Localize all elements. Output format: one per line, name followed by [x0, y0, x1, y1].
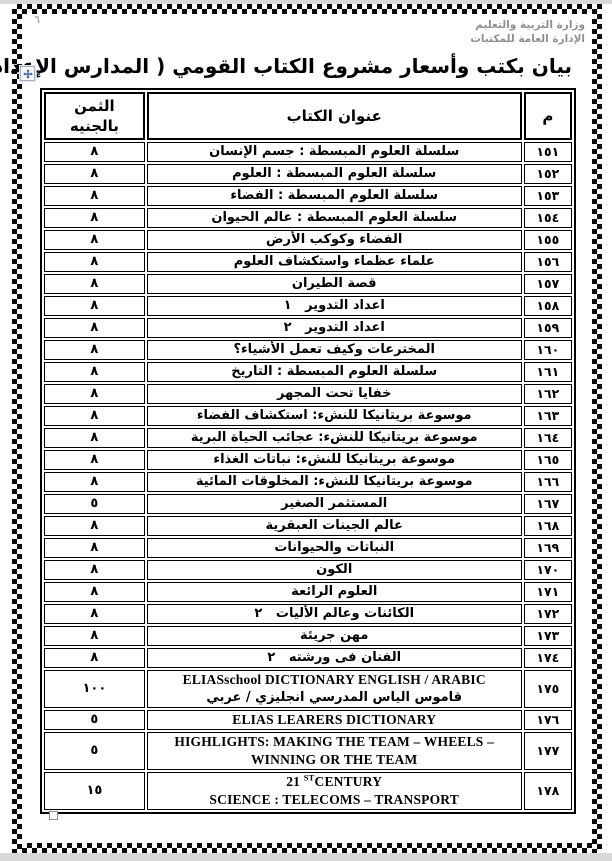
table-row: ١٦٧المستثمر الصغير٥: [44, 494, 572, 514]
table-row: ١٥٨اعداد التدوير ١٨: [44, 296, 572, 316]
row-price: ٨: [44, 428, 145, 448]
table-row: ١٦٣موسوعة بريتانيكا للنشء: استكشاف الفضا…: [44, 406, 572, 426]
header-number: م: [524, 92, 572, 140]
row-book-title: النباتات والحيوانات: [147, 538, 522, 558]
book-title-line: اعداد التدوير ١: [151, 297, 518, 315]
table-row: ١٦١سلسلة العلوم المبسطة : التاريخ٨: [44, 362, 572, 382]
table-row: ١٥٩اعداد التدوير ٢٨: [44, 318, 572, 338]
table-row: ١٧٨21 STCENTURYSCIENCE : TELECOMS – TRAN…: [44, 772, 572, 810]
book-title-line: سلسلة العلوم المبسطة : جسم الإنسان: [151, 143, 518, 161]
table-row: ١٧٧HIGHLIGHTS: MAKING THE TEAM – WHEELS …: [44, 732, 572, 770]
row-number: ١٥٩: [524, 318, 572, 338]
book-title-line: HIGHLIGHTS: MAKING THE TEAM – WHEELS –: [151, 733, 518, 751]
row-book-title: سلسلة العلوم المبسطة : الفضاء: [147, 186, 522, 206]
row-book-title: موسوعة بريتانيكا للنشء: نباتات الغذاء: [147, 450, 522, 470]
row-book-title: ELIASschool DICTIONARY ENGLISH / ARABICق…: [147, 670, 522, 708]
book-title-line: سلسلة العلوم المبسطة : العلوم: [151, 165, 518, 183]
row-price: ٥: [44, 710, 145, 730]
row-price: ٨: [44, 648, 145, 668]
row-number: ١٦٢: [524, 384, 572, 404]
outside-margin-bottom: [0, 853, 612, 861]
table-row: ١٥٧قصة الطيران٨: [44, 274, 572, 294]
row-price: ٨: [44, 296, 145, 316]
row-price: ٨: [44, 626, 145, 646]
row-book-title: سلسلة العلوم المبسطة : عالم الحيوان: [147, 208, 522, 228]
table-row: ١٦٩النباتات والحيوانات٨: [44, 538, 572, 558]
row-book-title: الفضاء وكوكب الأرض: [147, 230, 522, 250]
book-title-line: موسوعة بريتانيكا للنشء: استكشاف الفضاء: [151, 407, 518, 425]
book-title-line: موسوعة بريتانيكا للنشء: نباتات الغذاء: [151, 451, 518, 469]
book-title-line: قصة الطيران: [151, 275, 518, 293]
row-number: ١٧٣: [524, 626, 572, 646]
row-book-title: الفنان فى ورشته ٢: [147, 648, 522, 668]
document-title: بيان بكتب وأسعار مشروع الكتاب القومي ( ا…: [37, 54, 572, 78]
row-number: ١٦٦: [524, 472, 572, 492]
table-move-handle-icon[interactable]: [20, 66, 35, 81]
row-price: ٨: [44, 582, 145, 602]
row-number: ١٥٤: [524, 208, 572, 228]
row-number: ١٦٧: [524, 494, 572, 514]
row-price: ٨: [44, 384, 145, 404]
row-price: ٨: [44, 538, 145, 558]
row-number: ١٦٩: [524, 538, 572, 558]
row-book-title: موسوعة بريتانيكا للنشء: استكشاف الفضاء: [147, 406, 522, 426]
book-title-line: اعداد التدوير ٢: [151, 319, 518, 337]
row-book-title: سلسلة العلوم المبسطة : جسم الإنسان: [147, 142, 522, 162]
row-price: ٨: [44, 450, 145, 470]
table-row: ١٧٠الكون٨: [44, 560, 572, 580]
table-row: ١٥٦علماء عظماء واستكشاف العلوم٨: [44, 252, 572, 272]
table-row: ١٦٤موسوعة بريتانيكا للنشء: عجائب الحياة …: [44, 428, 572, 448]
row-price: ٨: [44, 230, 145, 250]
table-row: ١٥٥الفضاء وكوكب الأرض٨: [44, 230, 572, 250]
row-number: ١٥٣: [524, 186, 572, 206]
book-title-line: ELIAS LEARERS DICTIONARY: [151, 711, 518, 729]
row-price: ٨: [44, 560, 145, 580]
book-title-line: خفايا تحت المجهر: [151, 385, 518, 403]
row-book-title: الكون: [147, 560, 522, 580]
row-number: ١٦٠: [524, 340, 572, 360]
row-book-title: الكائنات وعالم الأليات ٢: [147, 604, 522, 624]
row-number: ١٥٥: [524, 230, 572, 250]
row-number: ١٧٨: [524, 772, 572, 810]
table-row: ١٦٢خفايا تحت المجهر٨: [44, 384, 572, 404]
row-number: ١٦٥: [524, 450, 572, 470]
book-title-line: الكون: [151, 561, 518, 579]
ministry-line-1: وزارة التربية والتعليم: [470, 18, 585, 32]
row-book-title: قصة الطيران: [147, 274, 522, 294]
table-row: ١٧٢الكائنات وعالم الأليات ٢٨: [44, 604, 572, 624]
table-resize-handle[interactable]: [49, 811, 58, 820]
table-row: ١٥٣سلسلة العلوم المبسطة : الفضاء٨: [44, 186, 572, 206]
row-number: ١٦١: [524, 362, 572, 382]
row-price: ٨: [44, 318, 145, 338]
row-price: ١٥: [44, 772, 145, 810]
row-book-title: اعداد التدوير ٢: [147, 318, 522, 338]
row-book-title: سلسلة العلوم المبسطة : التاريخ: [147, 362, 522, 382]
table-row: ١٦٥موسوعة بريتانيكا للنشء: نباتات الغذاء…: [44, 450, 572, 470]
row-book-title: ELIAS LEARERS DICTIONARY: [147, 710, 522, 730]
row-price: ١٠٠: [44, 670, 145, 708]
row-price: ٥: [44, 494, 145, 514]
table-row: ١٦٦موسوعة بريتانيكا للنشء: المخلوقات الم…: [44, 472, 572, 492]
book-title-line: المخترعات وكيف تعمل الأشياء؟: [151, 341, 518, 359]
row-number: ١٦٣: [524, 406, 572, 426]
row-book-title: عالم الجينات العبقرية: [147, 516, 522, 536]
row-price: ٨: [44, 142, 145, 162]
page-art-border-bottom: [12, 843, 602, 853]
header-price: الثمن بالجنيه: [44, 92, 145, 140]
table-row: ١٦٠المخترعات وكيف تعمل الأشياء؟٨: [44, 340, 572, 360]
row-book-title: موسوعة بريتانيكا للنشء: عجائب الحياة الب…: [147, 428, 522, 448]
table-row: ١٥٢سلسلة العلوم المبسطة : العلوم٨: [44, 164, 572, 184]
table-row: ١٧١العلوم الرائعة٨: [44, 582, 572, 602]
row-book-title: المخترعات وكيف تعمل الأشياء؟: [147, 340, 522, 360]
row-book-title: HIGHLIGHTS: MAKING THE TEAM – WHEELS –WI…: [147, 732, 522, 770]
book-table-body: ١٥١سلسلة العلوم المبسطة : جسم الإنسان٨١٥…: [44, 142, 572, 810]
book-title-line: 21 STCENTURY: [151, 773, 518, 791]
row-book-title: سلسلة العلوم المبسطة : العلوم: [147, 164, 522, 184]
row-price: ٨: [44, 274, 145, 294]
book-title-line: المستثمر الصغير: [151, 495, 518, 513]
row-book-title: 21 STCENTURYSCIENCE : TELECOMS – TRANSPO…: [147, 772, 522, 810]
ministry-line-2: الإدارة العامة للمكتبات: [470, 32, 585, 46]
row-price: ٨: [44, 208, 145, 228]
row-price: ٨: [44, 604, 145, 624]
row-price: ٨: [44, 472, 145, 492]
header-book-title: عنوان الكتاب: [147, 92, 522, 140]
book-title-line: سلسلة العلوم المبسطة : الفضاء: [151, 187, 518, 205]
row-number: ١٥٨: [524, 296, 572, 316]
row-number: ١٧٤: [524, 648, 572, 668]
book-title-line: سلسلة العلوم المبسطة : عالم الحيوان: [151, 209, 518, 227]
row-number: ١٧٠: [524, 560, 572, 580]
book-title-line: ELIASschool DICTIONARY ENGLISH / ARABIC: [151, 671, 518, 689]
row-number: ١٥٦: [524, 252, 572, 272]
page-art-border-top: [12, 4, 602, 14]
row-number: ١٧٦: [524, 710, 572, 730]
table-row: ١٧٤الفنان فى ورشته ٢٨: [44, 648, 572, 668]
book-title-line: قاموس الياس المدرسي انجليزي / عربي: [151, 689, 518, 707]
page-number: ٦: [34, 13, 40, 26]
row-price: ٨: [44, 516, 145, 536]
book-title-line: علماء عظماء واستكشاف العلوم: [151, 253, 518, 271]
row-price: ٨: [44, 252, 145, 272]
row-number: ١٦٤: [524, 428, 572, 448]
row-book-title: المستثمر الصغير: [147, 494, 522, 514]
row-price: ٨: [44, 164, 145, 184]
row-number: ١٥١: [524, 142, 572, 162]
table-row: ١٧٦ELIAS LEARERS DICTIONARY٥: [44, 710, 572, 730]
row-book-title: العلوم الرائعة: [147, 582, 522, 602]
table-row: ١٦٨عالم الجينات العبقرية٨: [44, 516, 572, 536]
book-title-line: مهن جريئة: [151, 627, 518, 645]
page-art-border-right: [592, 4, 602, 853]
row-price: ٨: [44, 340, 145, 360]
table-row: ١٧٣مهن جريئة٨: [44, 626, 572, 646]
document-page: ٦ وزارة التربية والتعليم الإدارة العامة …: [0, 0, 612, 861]
row-number: ١٧٥: [524, 670, 572, 708]
book-title-line: موسوعة بريتانيكا للنشء: عجائب الحياة الب…: [151, 429, 518, 447]
row-book-title: مهن جريئة: [147, 626, 522, 646]
table-row: ١٥٤سلسلة العلوم المبسطة : عالم الحيوان٨: [44, 208, 572, 228]
row-price: ٨: [44, 186, 145, 206]
row-number: ١٧٧: [524, 732, 572, 770]
row-book-title: خفايا تحت المجهر: [147, 384, 522, 404]
book-price-table: م عنوان الكتاب الثمن بالجنيه ١٥١سلسلة ال…: [40, 88, 576, 814]
row-number: ١٥٢: [524, 164, 572, 184]
row-book-title: اعداد التدوير ١: [147, 296, 522, 316]
book-title-line: النباتات والحيوانات: [151, 539, 518, 557]
book-title-line: SCIENCE : TELECOMS – TRANSPORT: [151, 791, 518, 809]
table-row: ١٧٥ELIASschool DICTIONARY ENGLISH / ARAB…: [44, 670, 572, 708]
ministry-header: وزارة التربية والتعليم الإدارة العامة لل…: [470, 18, 585, 46]
row-number: ١٦٨: [524, 516, 572, 536]
book-title-line: موسوعة بريتانيكا للنشء: المخلوقات المائي…: [151, 473, 518, 491]
book-title-line: الفضاء وكوكب الأرض: [151, 231, 518, 249]
row-price: ٥: [44, 732, 145, 770]
row-number: ١٧١: [524, 582, 572, 602]
book-title-line: سلسلة العلوم المبسطة : التاريخ: [151, 363, 518, 381]
book-title-line: العلوم الرائعة: [151, 583, 518, 601]
row-number: ١٥٧: [524, 274, 572, 294]
table-row: ١٥١سلسلة العلوم المبسطة : جسم الإنسان٨: [44, 142, 572, 162]
row-book-title: علماء عظماء واستكشاف العلوم: [147, 252, 522, 272]
row-number: ١٧٢: [524, 604, 572, 624]
row-book-title: موسوعة بريتانيكا للنشء: المخلوقات المائي…: [147, 472, 522, 492]
table-header-row: م عنوان الكتاب الثمن بالجنيه: [44, 92, 572, 140]
page-art-border-left: [12, 4, 22, 853]
book-title-line: عالم الجينات العبقرية: [151, 517, 518, 535]
row-price: ٨: [44, 362, 145, 382]
row-price: ٨: [44, 406, 145, 426]
book-title-line: الفنان فى ورشته ٢: [151, 649, 518, 667]
book-title-line: WINNING OR THE TEAM: [151, 751, 518, 769]
book-title-line: الكائنات وعالم الأليات ٢: [151, 605, 518, 623]
